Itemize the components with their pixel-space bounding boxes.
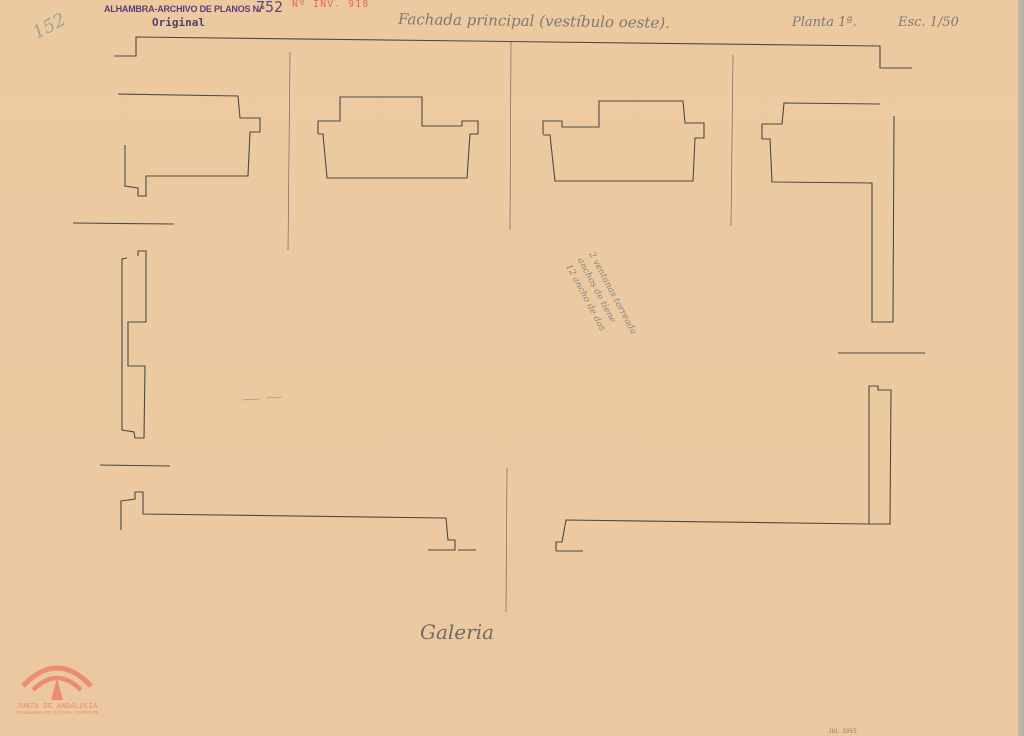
guide-line [510,42,511,230]
faint-dash [242,399,260,400]
logo-name: JUNTA DE ANDALUCIA [14,702,100,710]
marker-line [100,465,170,466]
pier-2 [318,97,478,178]
junta-andalucia-logo: JUNTA DE ANDALUCIA CONSEJERÍA DE CULTURA… [14,656,100,726]
pier-4-body [762,116,894,322]
pier-3 [543,101,704,181]
bottom-right-wall [556,386,891,551]
bottom-left-wall [121,492,455,550]
facade-top-wall [114,37,912,68]
pier-1 [118,94,260,196]
faint-dash [266,397,282,398]
logo-subtitle: CONSEJERÍA DE CULTURA Y DEPORTE [14,710,100,715]
room-label-galeria: Galeria [420,620,494,644]
pier-4 [762,103,880,139]
date-stamp: JUL 1955 [828,728,857,735]
left-wall [122,251,146,438]
floor-plan-drawing [0,0,1024,736]
marker-line [73,223,174,224]
arches-icon [19,656,95,700]
guide-line [288,52,290,250]
guide-line [506,468,507,612]
guide-line [731,55,733,226]
